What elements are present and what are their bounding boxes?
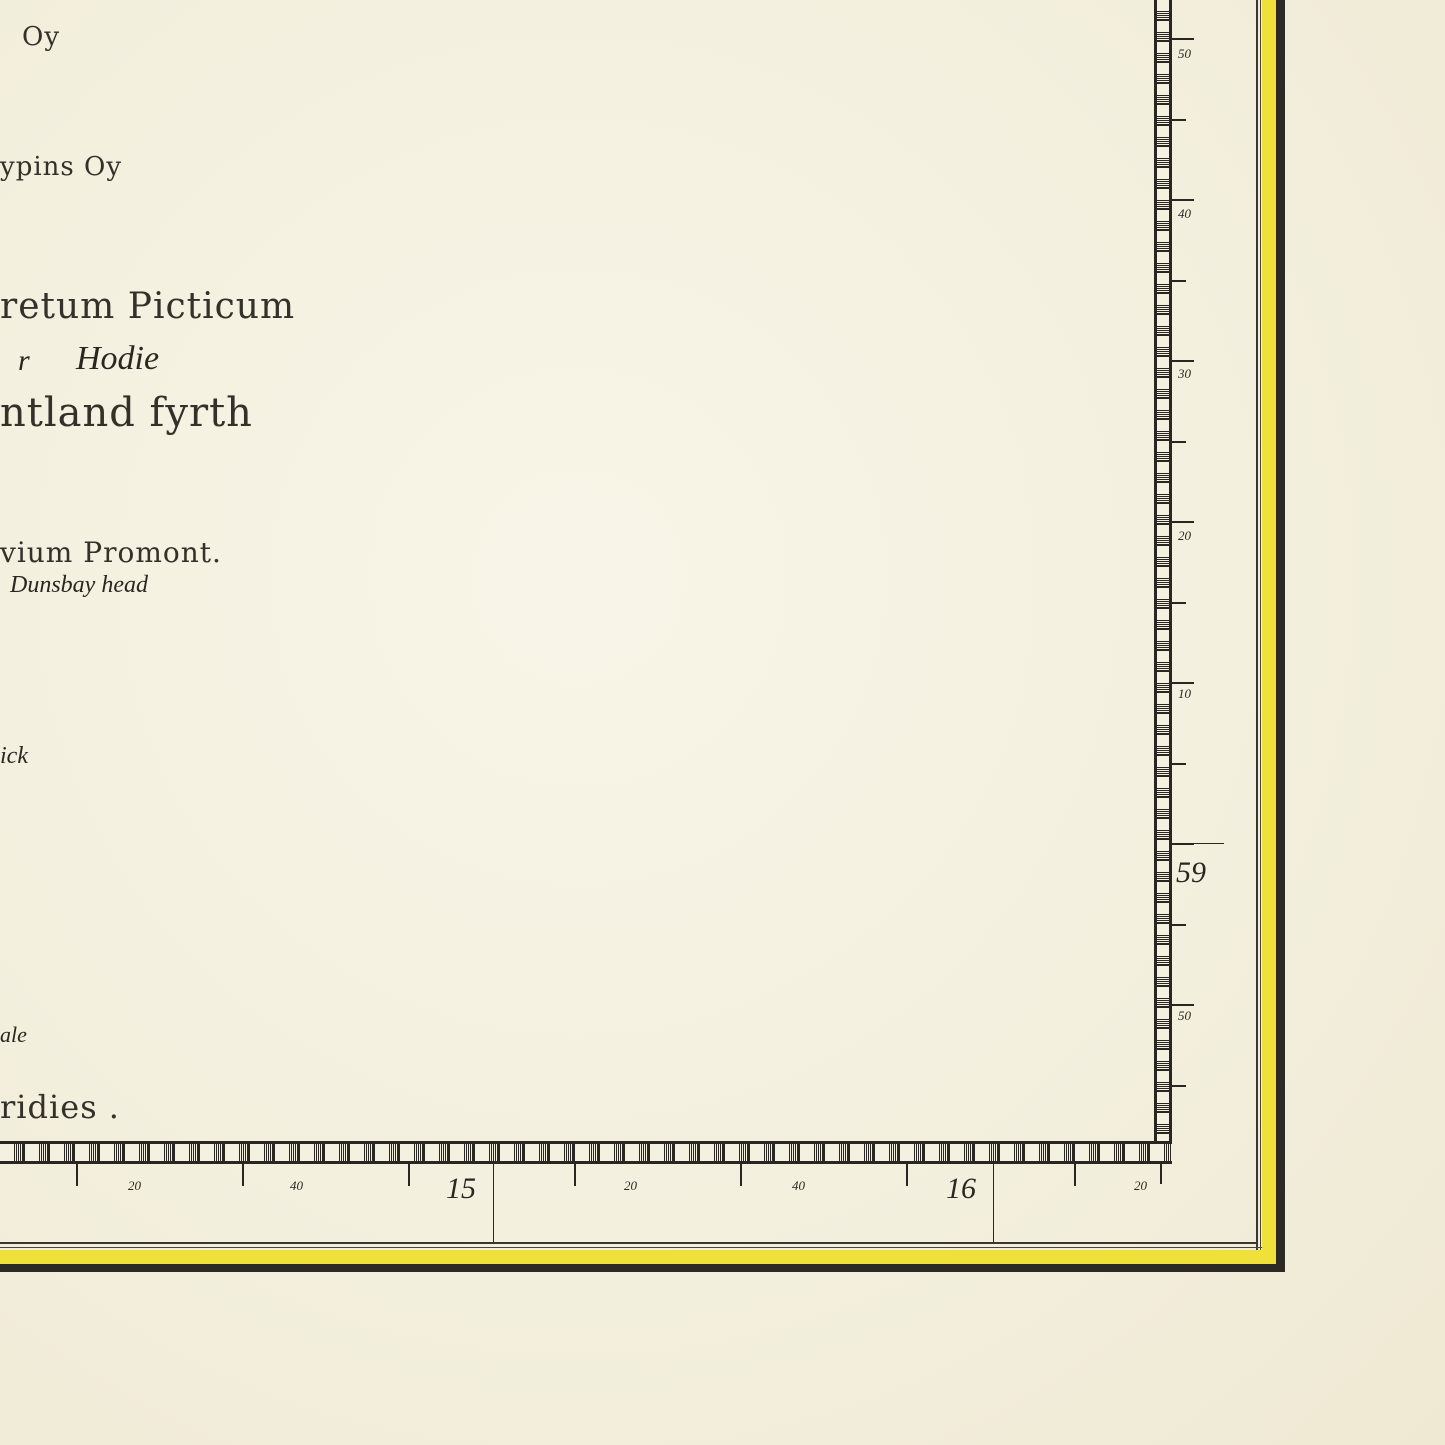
longitude-tick <box>740 1164 742 1186</box>
latitude-tick <box>1172 763 1186 765</box>
longitude-degree-label: 15 <box>446 1172 476 1206</box>
longitude-minute-label: 40 <box>290 1178 303 1194</box>
inner-frame-line-right-2 <box>1260 0 1261 1256</box>
latitude-minute-label: 10 <box>1178 686 1191 702</box>
place-label-swypins-oy: ypins Oy <box>0 152 122 182</box>
latitude-tick <box>1172 521 1194 523</box>
latitude-tick <box>1172 924 1186 926</box>
longitude-minute-label: 20 <box>624 1178 637 1194</box>
longitude-tick <box>242 1164 244 1186</box>
latitude-tick <box>1172 199 1194 201</box>
place-label-meridies: ridies . <box>0 1088 120 1126</box>
longitude-minute-label: 40 <box>792 1178 805 1194</box>
place-label-wick: ick <box>0 743 28 770</box>
yellow-border-right <box>1262 0 1276 1262</box>
outer-border-right <box>1276 0 1285 1272</box>
inner-frame-line-right <box>1256 0 1258 1252</box>
latitude-tick <box>1172 682 1194 684</box>
place-label-dunsbay-head: Dunsbay head <box>10 572 148 599</box>
longitude-tick <box>906 1164 908 1186</box>
longitude-tick <box>1160 1164 1162 1184</box>
longitude-minute-label: 20 <box>128 1178 141 1194</box>
place-label-hodie-fragment: r <box>18 344 30 378</box>
yellow-border-bottom <box>0 1250 1276 1264</box>
degree-line-16 <box>993 1164 994 1242</box>
place-label-pentland-fyrth: ntland fyrth <box>0 390 253 436</box>
latitude-tick <box>1172 38 1194 40</box>
place-label-fretum-picticum: retum Picticum <box>0 286 295 327</box>
longitude-tick <box>408 1164 410 1186</box>
longitude-scale <box>0 1141 1172 1164</box>
degree-line-59 <box>1172 843 1224 844</box>
place-label-hodie: Hodie <box>76 340 159 378</box>
latitude-tick <box>1172 360 1194 362</box>
latitude-minute-label: 50 <box>1178 46 1191 62</box>
latitude-tick <box>1172 1085 1186 1087</box>
latitude-tick <box>1172 119 1186 121</box>
latitude-scale <box>1154 0 1172 1164</box>
longitude-tick <box>574 1164 576 1186</box>
latitude-minute-label: 20 <box>1178 528 1191 544</box>
place-label-ale-fragment: ale <box>0 1022 27 1048</box>
longitude-tick <box>1074 1164 1076 1186</box>
latitude-tick <box>1172 441 1186 443</box>
outer-border-bottom <box>0 1264 1285 1272</box>
place-label-orcas-promont: vium Promont. <box>0 536 222 569</box>
latitude-minute-label: 30 <box>1178 366 1191 382</box>
longitude-minute-label: 20 <box>1134 1178 1147 1194</box>
latitude-tick <box>1172 280 1186 282</box>
inner-frame-line-bottom <box>0 1242 1258 1244</box>
latitude-degree-label: 59 <box>1176 856 1206 890</box>
place-label-oy: Oy <box>22 22 60 52</box>
inner-frame-line-bottom-2 <box>0 1247 1262 1248</box>
longitude-degree-label: 16 <box>946 1172 976 1206</box>
latitude-tick <box>1172 602 1186 604</box>
latitude-minute-label: 40 <box>1178 206 1191 222</box>
latitude-minute-label: 50 <box>1178 1008 1191 1024</box>
longitude-tick <box>76 1164 78 1186</box>
degree-line-15 <box>493 1164 494 1242</box>
latitude-tick <box>1172 1004 1194 1006</box>
